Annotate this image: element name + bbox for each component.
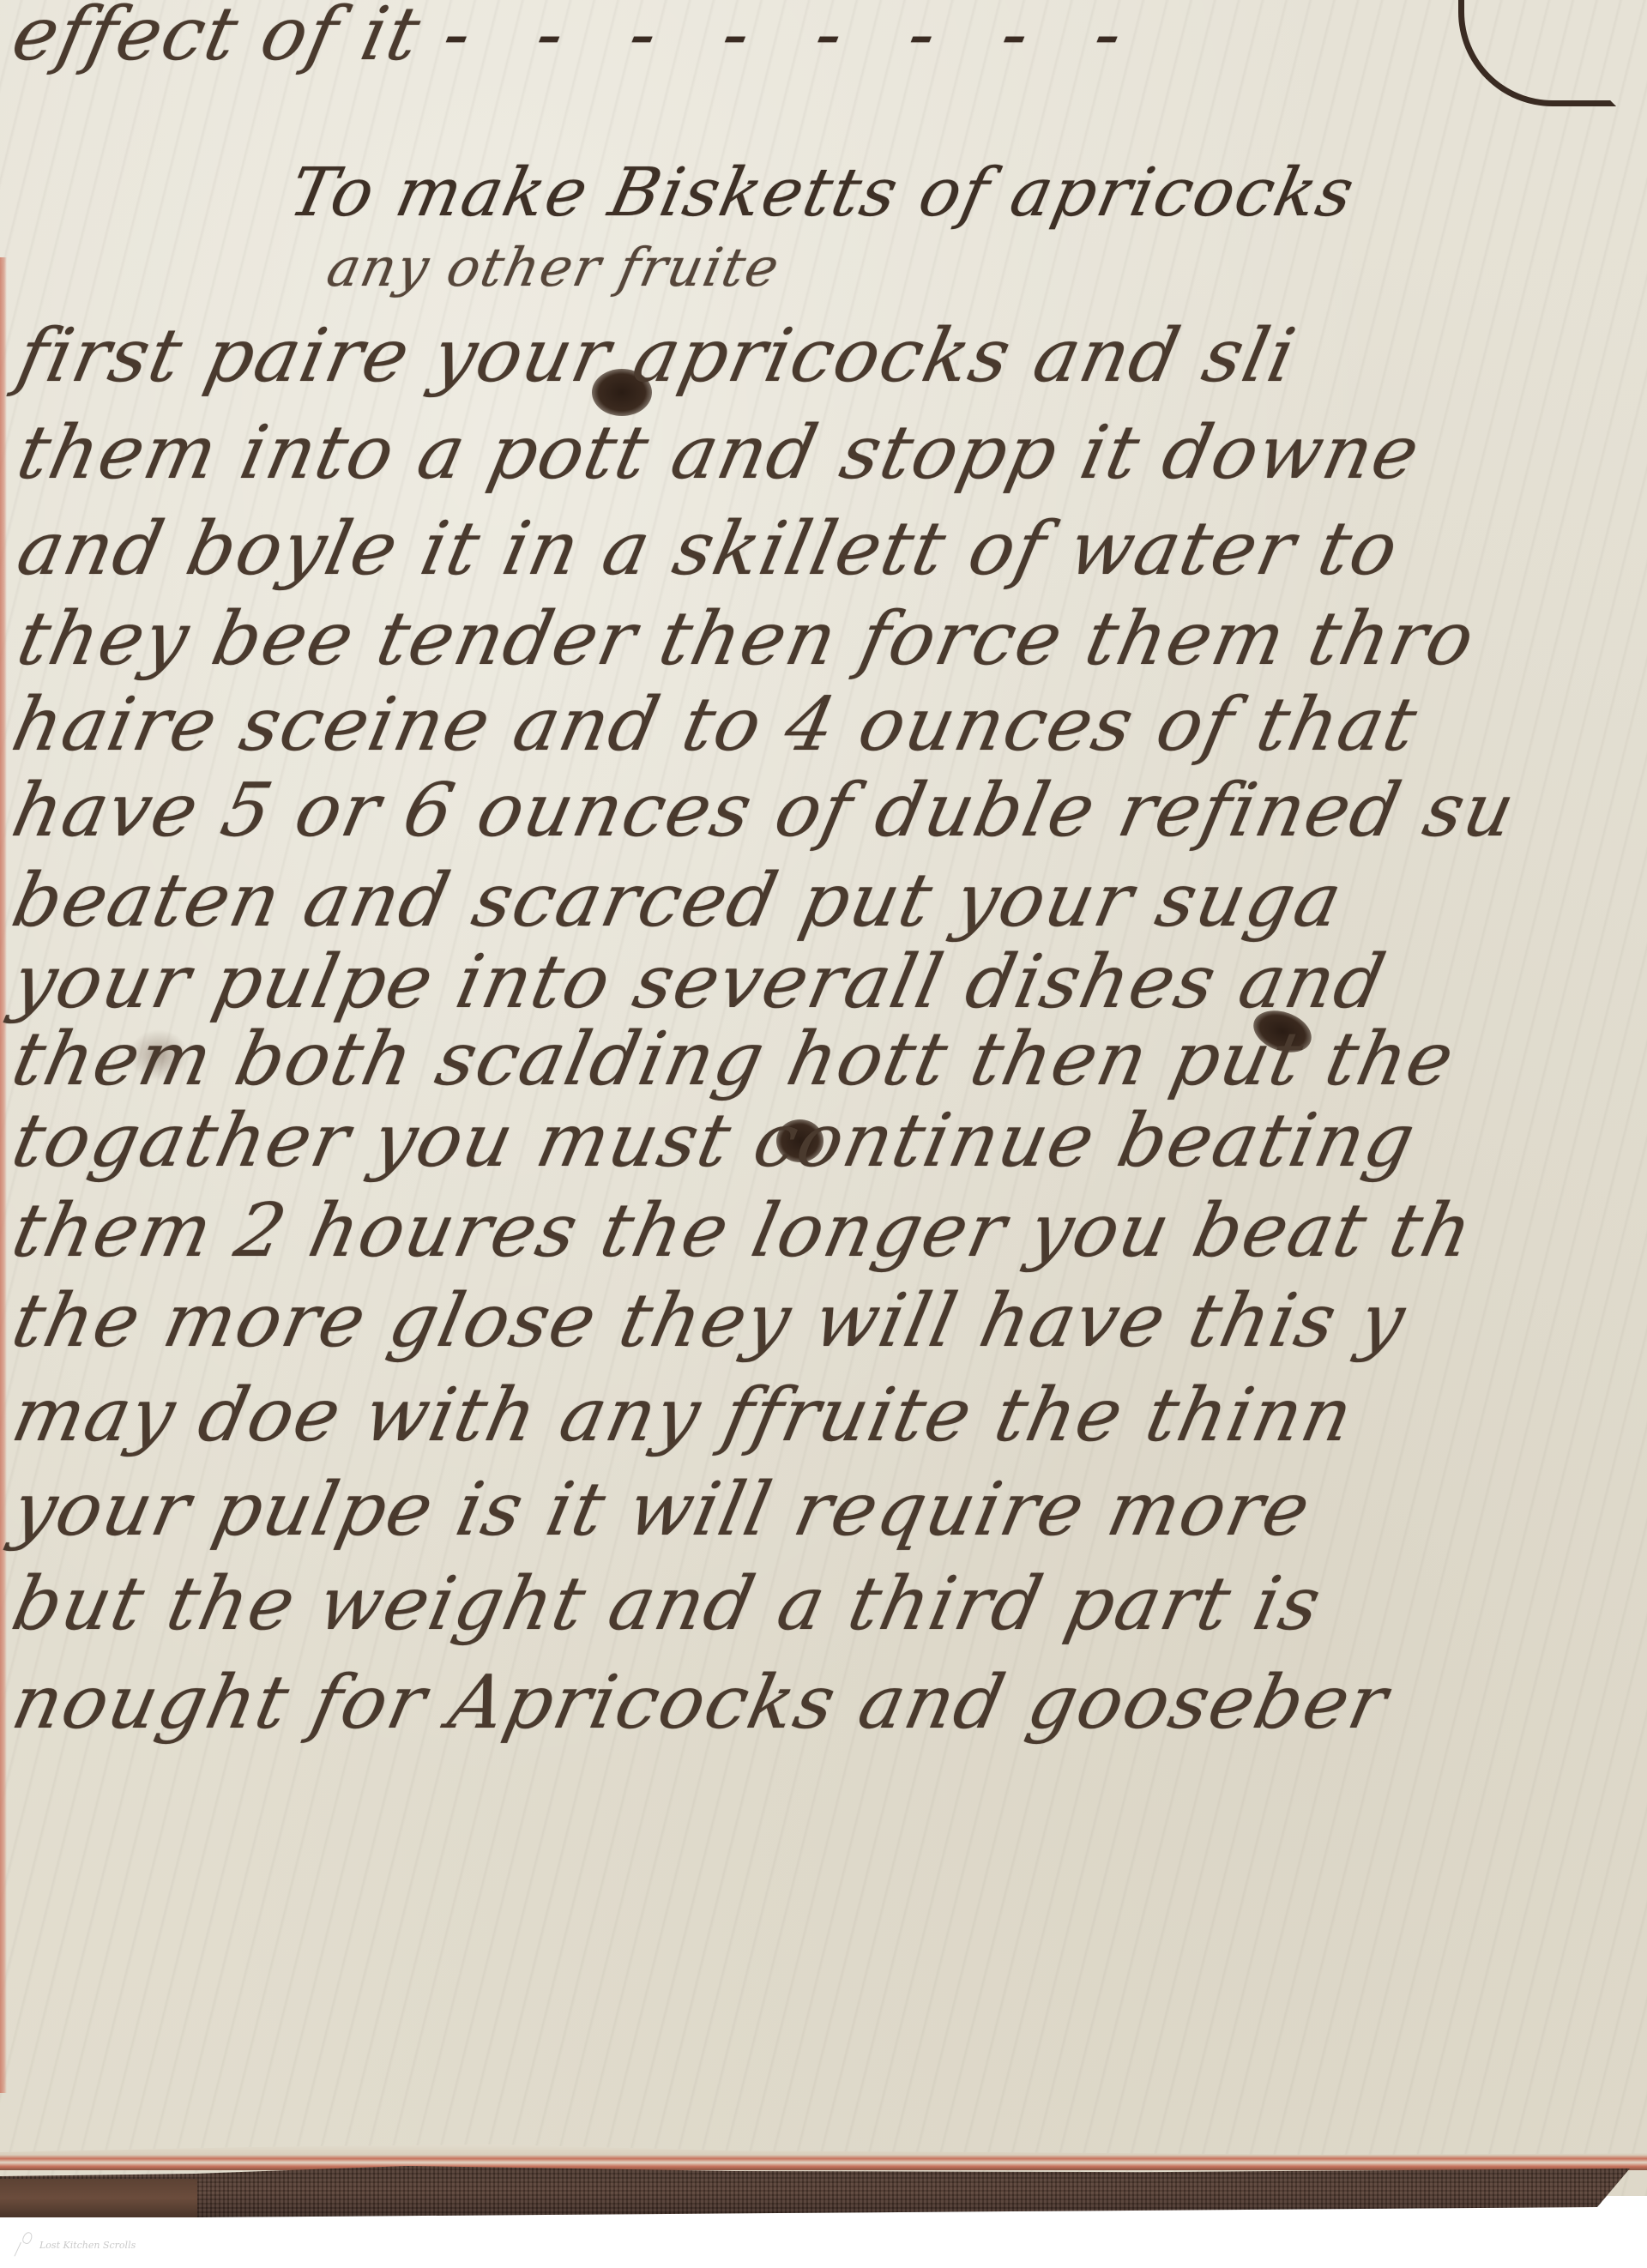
body-line: them 2 houres the longer you beat th [5, 1188, 1481, 1274]
body-line: have 5 or 6 ounces of duble refined su [5, 768, 1523, 854]
previous-recipe-end: effect of it - - - - - - - - [5, 0, 1152, 77]
whisk-icon [15, 2232, 33, 2258]
body-line: nought for Apricocks and gooseber [5, 1660, 1396, 1746]
body-line: and boyle it in a skillett of water to [10, 506, 1407, 592]
body-line: but the weight and a third part is [5, 1561, 1330, 1647]
body-line: togather you must continue beating [5, 1098, 1423, 1184]
body-line: beaten and scarced put your suga [5, 858, 1350, 944]
body-line: haire sceine and to 4 ounces of that [5, 682, 1426, 768]
watermark-text: Lost Kitchen Scrolls [39, 2240, 136, 2251]
closing-line: effect of it [5, 0, 429, 77]
body-line: may doe with any ffruite the thinn [5, 1372, 1361, 1458]
binding-leather-strip [0, 2179, 197, 2217]
book-binding [0, 2166, 1630, 2217]
body-line: first paire your apricocks and sli [10, 313, 1304, 399]
ink-flourish [1458, 0, 1616, 106]
watermark: Lost Kitchen Scrolls [15, 2232, 136, 2258]
body-line: they bee tender then force them thro [10, 596, 1483, 682]
recipe-title-continued: any other fruite [322, 236, 786, 299]
body-line: them into a pott and stopp it downe [10, 410, 1428, 496]
body-line: your pulpe is it will require more [5, 1467, 1318, 1553]
page-left-edge [0, 257, 7, 2093]
body-line: the more glose they will have this y [5, 1278, 1414, 1364]
body-line: them both scalding hott then put the [5, 1016, 1463, 1102]
recipe-title: To make Bisketts of apricocks [283, 154, 1362, 232]
manuscript-page: effect of it - - - - - - - - To make Bis… [0, 0, 1647, 2196]
closing-dashes: - - - - - - - - [436, 0, 1152, 77]
body-line: your pulpe into severall dishes and [5, 939, 1394, 1025]
